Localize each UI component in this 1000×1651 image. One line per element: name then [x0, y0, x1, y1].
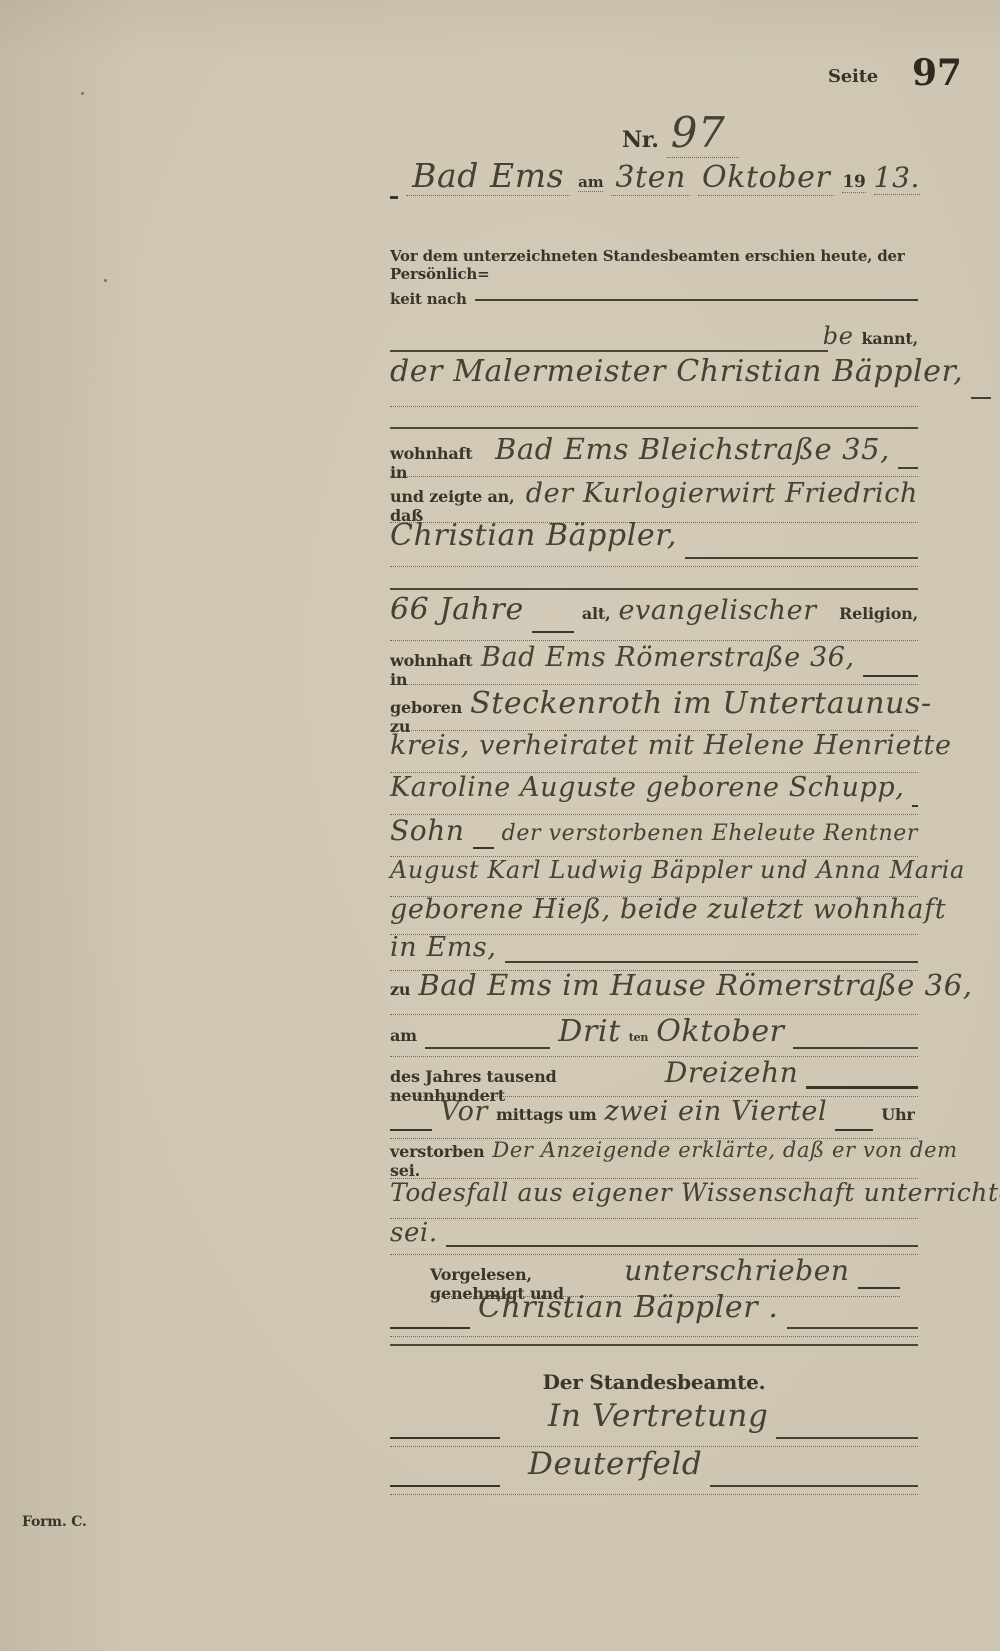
- deceased-intro: der Kurlogierwirt Friedrich: [526, 478, 918, 509]
- death-place-row: zu Bad Ems im Hause Römerstraße 36,: [390, 968, 918, 1015]
- dateline: Bad Ems am 3ten Oktober 19 13.: [390, 156, 920, 206]
- parents-row-1: Sohn der verstorbenen Eheleute Rentner: [390, 814, 918, 857]
- rule-line: [390, 427, 918, 429]
- death-time-row: Vor mittags um zwei ein Viertel Uhr: [390, 1096, 918, 1139]
- vertretung-handwritten: In Vertretung: [548, 1398, 768, 1434]
- rule-dash: [473, 847, 494, 849]
- report-intro-row: und zeigte an, daß der Kurlogierwirt Fri…: [390, 478, 918, 523]
- death-month: Oktober: [656, 1014, 784, 1049]
- sohn-handwritten: Sohn: [390, 814, 465, 847]
- declarant-name-row: der Malermeister Christian Bäppler,: [390, 354, 918, 407]
- bekannt-printed: kannt,: [862, 329, 918, 348]
- deceased-address: Bad Ems Römerstraße 36,: [481, 642, 855, 673]
- intro-text-line1: Vor dem unterzeichneten Standesbeamten e…: [390, 247, 930, 283]
- age-handwritten: 66 Jahre: [390, 592, 524, 627]
- rule-dash: [390, 196, 398, 199]
- birth-place: Steckenroth im Untertaunus-: [470, 686, 932, 721]
- rule-dash: [390, 1327, 470, 1329]
- form-label: Form. C.: [22, 1514, 87, 1530]
- bekannt-handwritten: be: [823, 322, 854, 350]
- rule-line: [475, 299, 918, 301]
- rule-dash: [390, 1129, 432, 1131]
- marriage-row-2: Karoline Auguste geborene Schupp,: [390, 772, 918, 815]
- rule-dash: [863, 675, 918, 677]
- rule-line: [685, 557, 918, 559]
- rule-dash: [858, 1287, 901, 1289]
- deceased-name-row: Christian Bäppler,: [390, 518, 918, 567]
- zu-label: zu: [390, 980, 410, 999]
- declaration-row-3: sei.: [390, 1218, 918, 1255]
- birth-place-row: geboren zu Steckenroth im Untertaunus-: [390, 686, 918, 731]
- ten-label: ten: [629, 1031, 648, 1044]
- declaration-line1: Der Anzeigende erklärte, daß er von dem: [492, 1138, 957, 1162]
- alt-label: alt,: [582, 604, 611, 623]
- rule-line: [446, 1245, 918, 1247]
- marriage-line2: Karoline Auguste geborene Schupp,: [390, 772, 904, 803]
- rule-line: [390, 350, 828, 352]
- vor-handwritten: Vor: [440, 1096, 488, 1127]
- page-side-label: Seite: [828, 66, 878, 87]
- death-register-page: Seite 97 Nr. 97 Bad Ems am 3ten Oktober …: [0, 0, 1000, 1651]
- record-number-line: Nr. 97: [622, 108, 772, 158]
- declaration-row-2: Todesfall aus eigener Wissenschaft unter…: [390, 1178, 918, 1219]
- death-place: Bad Ems im Hause Römerstraße 36,: [418, 968, 972, 1002]
- uhr-label: Uhr: [881, 1105, 914, 1124]
- standesbeamte-label: Der Standesbeamte.: [390, 1370, 918, 1394]
- mittags-label: mittags um: [496, 1105, 597, 1124]
- declaration-line3: sei.: [390, 1218, 438, 1248]
- paper-speck: [81, 92, 84, 95]
- parents-row-2: August Karl Ludwig Bäppler und Anna Mari…: [390, 856, 918, 897]
- parents-line3: geborene Hieß, beide zuletzt wohnhaft: [390, 894, 946, 925]
- year-printed: 19: [842, 172, 865, 193]
- rule-dash: [532, 631, 574, 633]
- death-time: zwei ein Viertel: [604, 1096, 827, 1127]
- rule-dash: [912, 805, 918, 807]
- rule-line: [390, 588, 918, 590]
- wohnhaft2-label: wohnhaft in: [390, 651, 473, 689]
- declaration-row-1: verstorben sei. Der Anzeigende erklärte,…: [390, 1138, 918, 1179]
- dateline-day: 3ten: [611, 160, 690, 196]
- declarant-signature: Christian Bäppler .: [478, 1290, 779, 1325]
- age-religion-row: 66 Jahre alt, evangelischer Religion,: [390, 592, 918, 641]
- deceased-name: Christian Bäppler,: [390, 518, 677, 553]
- rule-line: [505, 961, 918, 963]
- dateline-place: Bad Ems: [406, 156, 570, 196]
- declarant-name: der Malermeister Christian Bäppler,: [390, 354, 963, 389]
- death-year-row: des Jahres tausend neunhundert Dreizehn: [390, 1056, 918, 1097]
- rule-line: [787, 1327, 918, 1329]
- declarant-signature-row: Christian Bäppler .: [390, 1290, 918, 1337]
- rule-line: [776, 1437, 918, 1439]
- rule-line: [390, 1344, 918, 1346]
- religion-label: Religion,: [839, 604, 918, 623]
- death-year: Dreizehn: [665, 1056, 799, 1089]
- rule-line: [710, 1485, 918, 1487]
- marriage-row-1: kreis, verheiratet mit Helene Henriette: [390, 730, 918, 773]
- rule-dash: [835, 1129, 873, 1131]
- unterschrieben-handwritten: unterschrieben: [624, 1254, 849, 1287]
- registrar-signature-row: Deuterfeld: [390, 1446, 918, 1495]
- declaration-line2: Todesfall aus eigener Wissenschaft unter…: [390, 1178, 1000, 1207]
- page-number: 97: [912, 52, 962, 94]
- registrar-signature: Deuterfeld: [528, 1446, 702, 1482]
- parents-row-3: geborene Hieß, beide zuletzt wohnhaft: [390, 894, 918, 935]
- am2-label: am: [390, 1026, 417, 1045]
- death-date-row: am Drit ten Oktober: [390, 1014, 918, 1057]
- nr-label: Nr.: [622, 127, 659, 153]
- paper-speck: [104, 279, 107, 282]
- declarant-address: Bad Ems Bleichstraße 35,: [495, 432, 890, 466]
- rule-dash: [390, 1437, 500, 1439]
- parents-line4: in Ems,: [390, 932, 497, 963]
- parents-row-4: in Ems,: [390, 932, 918, 971]
- rule-line: [898, 467, 918, 469]
- rule-dash: [806, 1086, 918, 1089]
- parents-line1: der verstorbenen Eheleute Rentner: [502, 821, 918, 846]
- death-day: Drit: [558, 1014, 620, 1049]
- religion-handwritten: evangelischer: [618, 595, 816, 626]
- deceased-address-row: wohnhaft in Bad Ems Römerstraße 36,: [390, 642, 918, 685]
- declarant-address-row: wohnhaft in Bad Ems Bleichstraße 35,: [390, 432, 918, 477]
- marriage-line1: kreis, verheiratet mit Helene Henriette: [390, 730, 952, 761]
- rule-dash: [390, 1485, 500, 1487]
- wohnhaft-label: wohnhaft in: [390, 444, 487, 482]
- intro-text-line2-row: keit nach: [390, 290, 918, 308]
- dateline-month: Oktober: [698, 160, 834, 196]
- parents-line2: August Karl Ludwig Bäppler und Anna Mari…: [390, 856, 965, 884]
- intro-text-line2: keit nach: [390, 290, 467, 308]
- am-label: am: [578, 173, 603, 192]
- record-number-value: 97: [667, 108, 740, 158]
- vertretung-row: In Vertretung: [390, 1398, 918, 1447]
- rule-line: [971, 397, 991, 399]
- rule-line: [793, 1047, 918, 1049]
- rule-line: [425, 1047, 550, 1049]
- year-handwritten: 13.: [874, 161, 920, 195]
- bekannt-row: be kannt,: [700, 322, 918, 350]
- verstorben-label: verstorben sei.: [390, 1142, 484, 1180]
